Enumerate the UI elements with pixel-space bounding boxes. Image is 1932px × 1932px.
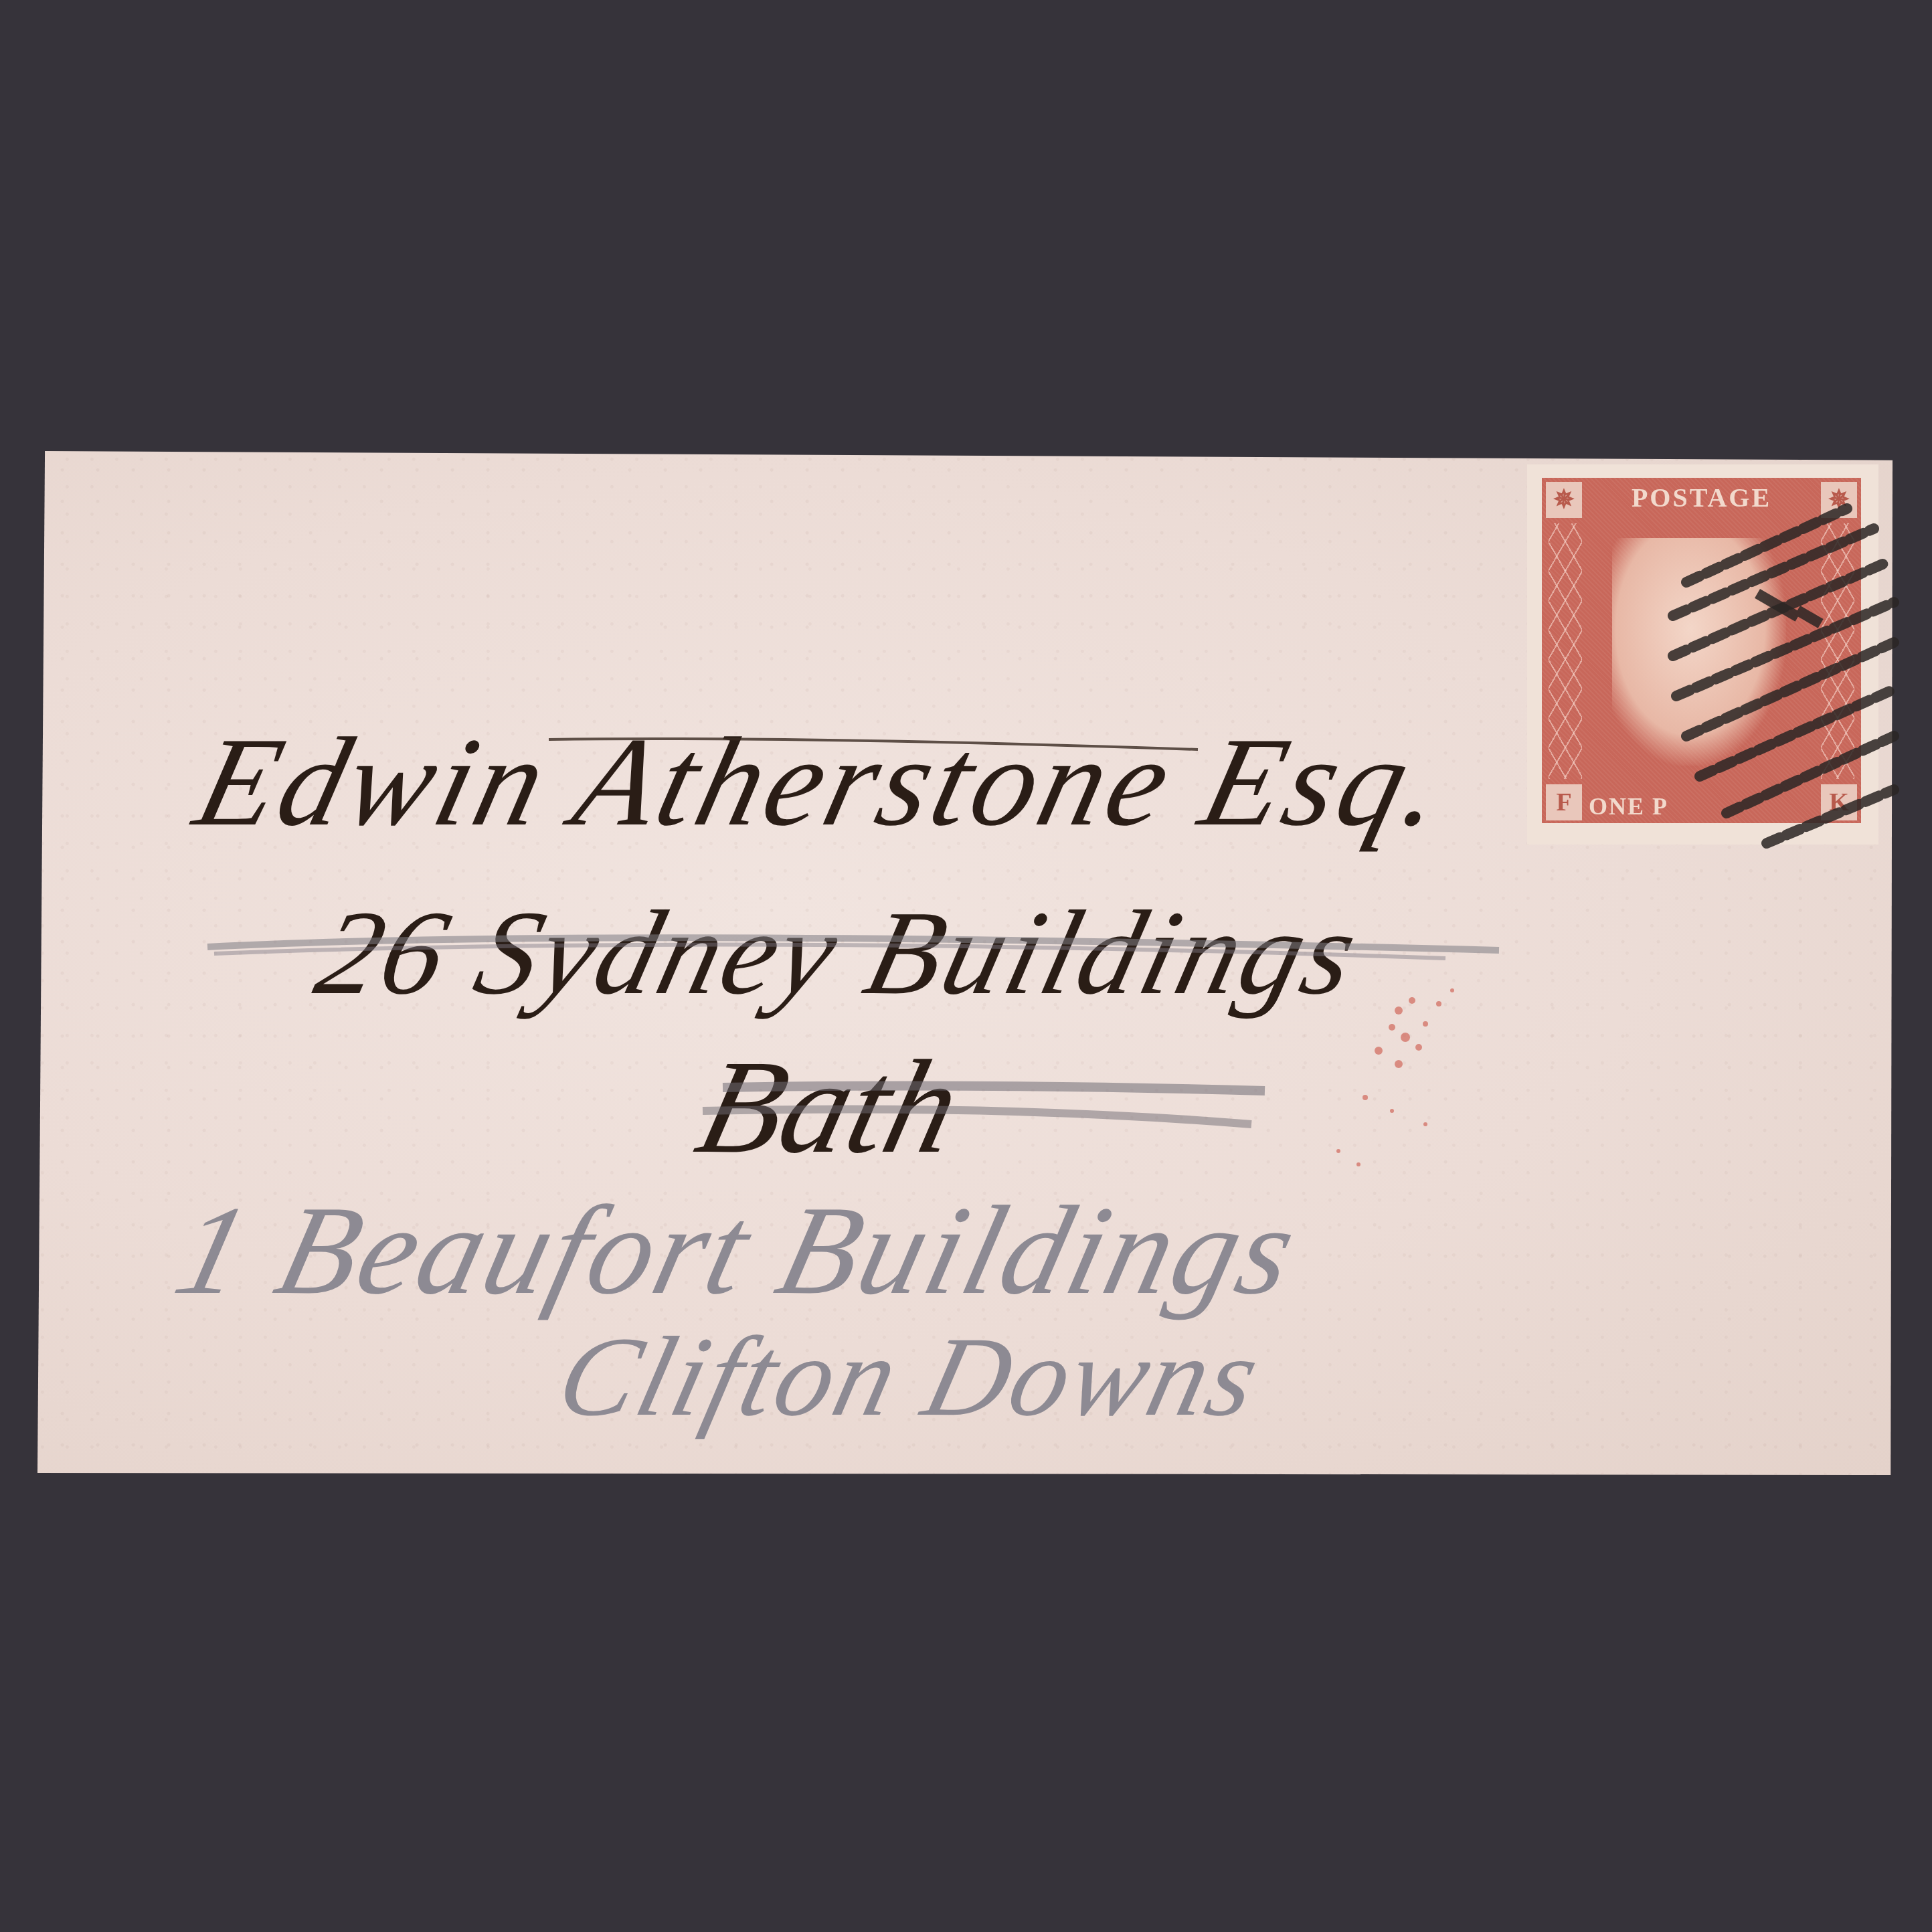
address-line-3: Bath — [683, 1031, 974, 1184]
queen-head-portrait — [1612, 538, 1786, 766]
stamp-right-ornament — [1821, 523, 1854, 779]
redirect-line-2: Clifton Downs — [546, 1312, 1274, 1442]
stamp-top-text: POSTAGE — [1542, 482, 1861, 513]
postage-stamp: ✵ ✵ F K POSTAGE ONE P — [1527, 464, 1878, 845]
address-line-2: 26 Sydney Buildings — [304, 883, 1373, 1022]
stamp-design: ✵ ✵ F K POSTAGE ONE P — [1542, 478, 1861, 823]
stamp-value-text: ONE P — [1589, 792, 1814, 820]
stamp-corner-letter-right: K — [1821, 784, 1857, 820]
stamp-corner-letter-left: F — [1546, 784, 1582, 820]
stamp-left-ornament — [1549, 523, 1582, 779]
address-line-1: Edwin Atherstone Esq. — [183, 709, 1463, 855]
redirect-line-1: 1 Beaufort Buildings — [163, 1178, 1312, 1324]
